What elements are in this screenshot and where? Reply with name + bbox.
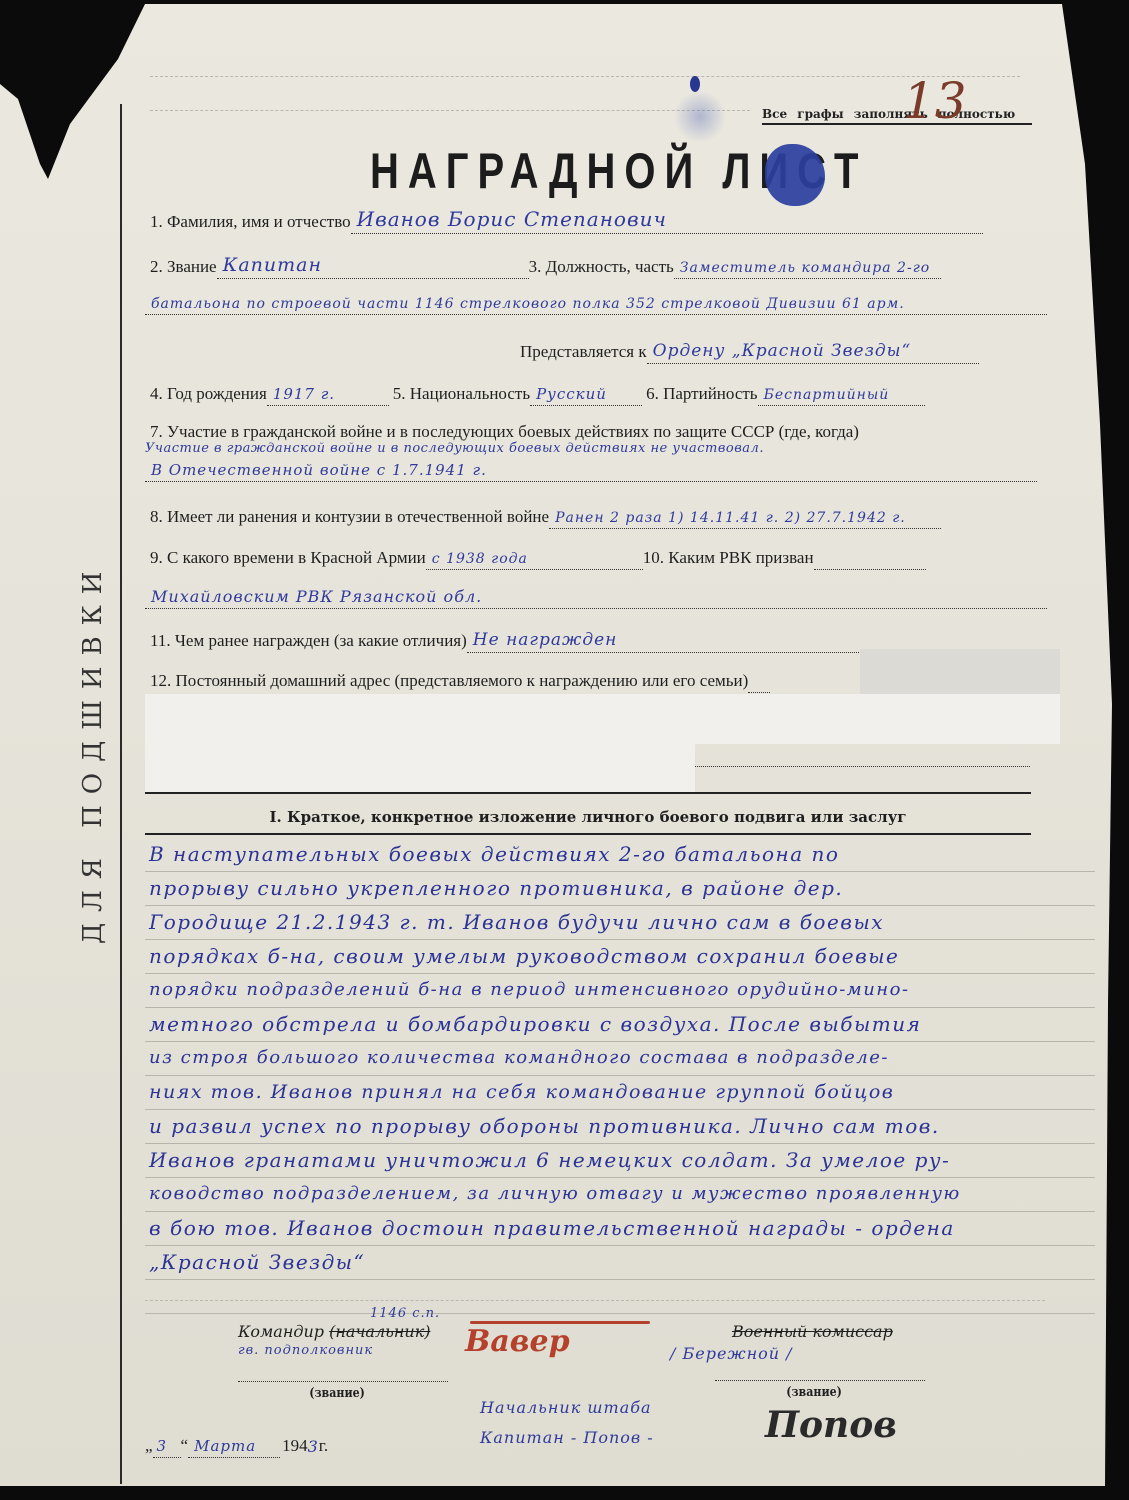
field-rank-position: 2. Звание Капитан 3. Должность, часть За… <box>150 254 941 279</box>
narrative-line: в бою тов. Иванов достоин правительствен… <box>145 1212 1095 1246</box>
field-service-since: 9. С какого времени в Красной Армии с 19… <box>150 548 926 570</box>
corner-number-mark: 13 <box>903 72 967 130</box>
address-dotted-line <box>695 766 1030 767</box>
date-line: „ 3 “ Марта 194 3 г. <box>145 1436 328 1458</box>
field-position-continued: батальона по строевой части 1146 стрелко… <box>145 296 1047 315</box>
field-label: 3. Должность, часть <box>529 257 674 279</box>
narrative-line: „Красной Звезды“ <box>145 1246 1095 1280</box>
rank-dotted-line <box>715 1379 925 1381</box>
service-since-value: с 1938 года <box>426 551 643 570</box>
rank-dotted-line <box>238 1380 448 1382</box>
chief-of-staff-signature: Попов <box>765 1404 897 1446</box>
home-address-value <box>748 690 770 693</box>
faint-rule <box>145 1300 1045 1302</box>
ink-blot <box>765 144 825 206</box>
field-birth-nationality-party: 4. Год рождения 1917 г. 5. Национальност… <box>150 384 925 406</box>
narrative-line: порядках б-на, своим умелым руководством… <box>145 940 1095 974</box>
narrative-line <box>145 1280 1095 1314</box>
field-participation-line2: В Отечественной войне с 1.7.1941 г. <box>145 461 1037 482</box>
commander-rank: гв. подполковник <box>238 1343 448 1358</box>
narrative-line: В наступательных боевых действиях 2-го б… <box>145 838 1095 872</box>
quote-mark: „ <box>145 1436 153 1458</box>
rank-caption: (звание) <box>786 1385 914 1400</box>
field-label: 4. Год рождения <box>150 384 267 406</box>
position-value: Заместитель командира 2-го <box>674 260 941 279</box>
narrative-line: ководство подразделением, за личную отва… <box>145 1178 1095 1212</box>
participation-value-line2: В Отечественной войне с 1.7.1941 г. <box>145 461 1037 482</box>
field-label: 5. Национальность <box>393 384 530 406</box>
narrative-line: порядки подразделений б-на в период инте… <box>145 974 1095 1008</box>
instruction-text: Все графы заполнять полностью <box>762 107 1032 125</box>
rvk-blank <box>814 567 926 570</box>
narrative-line: Городище 21.2.1943 г. т. Иванов будучи л… <box>145 906 1095 940</box>
nationality-value: Русский <box>530 385 642 406</box>
commander-unit: 1146 с.п. <box>370 1306 440 1321</box>
redacted-area <box>145 694 1060 744</box>
faint-rule <box>150 76 1020 78</box>
narrative-line: метного обстрела и бомбардировки с возду… <box>145 1008 1095 1042</box>
birth-year-value: 1917 г. <box>267 385 389 406</box>
narrative-line: из строя большого количества командного … <box>145 1042 1095 1076</box>
field-full-name: 1. Фамилия, имя и отчество Иванов Борис … <box>150 207 983 234</box>
field-home-address: 12. Постоянный домашний адрес (представл… <box>150 671 770 693</box>
narrative-line: и развил успех по прорыву обороны против… <box>145 1110 1095 1144</box>
participation-value-line1: Участие в гражданской войне и в последую… <box>145 441 764 456</box>
position-value-continued: батальона по строевой части 1146 стрелко… <box>145 296 1047 315</box>
signature-stroke <box>470 1321 650 1324</box>
wounds-value: Ранен 2 раза 1) 14.11.41 г. 2) 27.7.1942… <box>549 510 941 529</box>
rvk-value: Михайловским РВК Рязанской обл. <box>145 587 1047 609</box>
narrative-line: ниях тов. Иванов принял на себя командов… <box>145 1076 1095 1110</box>
award-sheet-paper: ДЛЯ ПОДШИВКИ Все графы заполнять полност… <box>0 4 1112 1486</box>
field-presented-for: Представляется к Ордену „Красной Звезды“ <box>520 341 979 364</box>
rank-caption: (звание) <box>309 1386 437 1401</box>
field-wounds: 8. Имеет ли ранения и контузии в отечест… <box>150 507 941 529</box>
field-label: 2. Звание <box>150 257 217 279</box>
field-label: 8. Имеет ли ранения и контузии в отечест… <box>150 507 549 529</box>
narrative-line: прорыву сильно укрепленного противника, … <box>145 872 1095 906</box>
commissar-label: Военный комиссар <box>732 1322 925 1341</box>
chief-label-struck: (начальник) <box>329 1322 430 1341</box>
binding-margin-label: ДЛЯ ПОДШИВКИ <box>78 561 108 944</box>
field-prior-awards: 11. Чем ранее награжден (за какие отличи… <box>150 630 969 653</box>
section-rule-top <box>145 792 1031 794</box>
commander-signature: Вавер <box>465 1324 570 1359</box>
narrative-line: Иванов гранатами уничтожил 6 немецких со… <box>145 1144 1095 1178</box>
commander-block: 1146 с.п. Командир (начальник) гв. подпо… <box>238 1314 448 1401</box>
binding-margin-line <box>120 104 122 1484</box>
date-month: Марта <box>188 1437 280 1458</box>
section-title: I. Краткое, конкретное изложение личного… <box>145 808 1031 826</box>
field-rvk-continued: Михайловским РВК Рязанской обл. <box>145 587 1047 609</box>
field-label: 1. Фамилия, имя и отчество <box>150 212 351 234</box>
field-label: Представляется к <box>520 342 647 364</box>
chief-of-staff-name: Капитан - Попов - <box>480 1428 654 1447</box>
commissar-block: Военный комиссар / Бережной / (звание) <box>745 1322 925 1400</box>
chief-of-staff-title: Начальник штаба <box>480 1398 652 1417</box>
field-label: 11. Чем ранее награжден (за какие отличи… <box>150 631 467 653</box>
quote-mark: “ <box>181 1436 189 1458</box>
commander-label-row: Командир (начальник) <box>238 1322 448 1341</box>
award-value: Ордену „Красной Звезды“ <box>647 341 979 364</box>
redacted-area <box>145 744 695 794</box>
date-day: 3 <box>153 1437 181 1458</box>
party-value: Беспартийный <box>758 387 925 406</box>
redacted-area <box>860 649 1060 694</box>
faint-rule <box>150 110 750 112</box>
field-label: 12. Постоянный домашний адрес (представл… <box>150 671 748 693</box>
commander-label: Командир <box>238 1322 324 1341</box>
rank-value: Капитан <box>217 254 529 279</box>
date-year-prefix: 194 <box>282 1436 308 1458</box>
merit-narrative: В наступательных боевых действиях 2-го б… <box>145 838 1095 1314</box>
commissar-name: / Бережной / <box>670 1344 925 1363</box>
date-suffix: г. <box>319 1436 328 1458</box>
full-name-value: Иванов Борис Степанович <box>351 207 983 234</box>
field-label: 6. Партийность <box>646 384 757 406</box>
section-rule-bottom <box>145 833 1031 835</box>
field-label: 9. С какого времени в Красной Армии <box>150 548 426 570</box>
ink-spatter <box>675 89 725 144</box>
date-year-suffix: 3 <box>308 1437 319 1458</box>
field-label: 10. Каким РВК призван <box>643 548 814 570</box>
